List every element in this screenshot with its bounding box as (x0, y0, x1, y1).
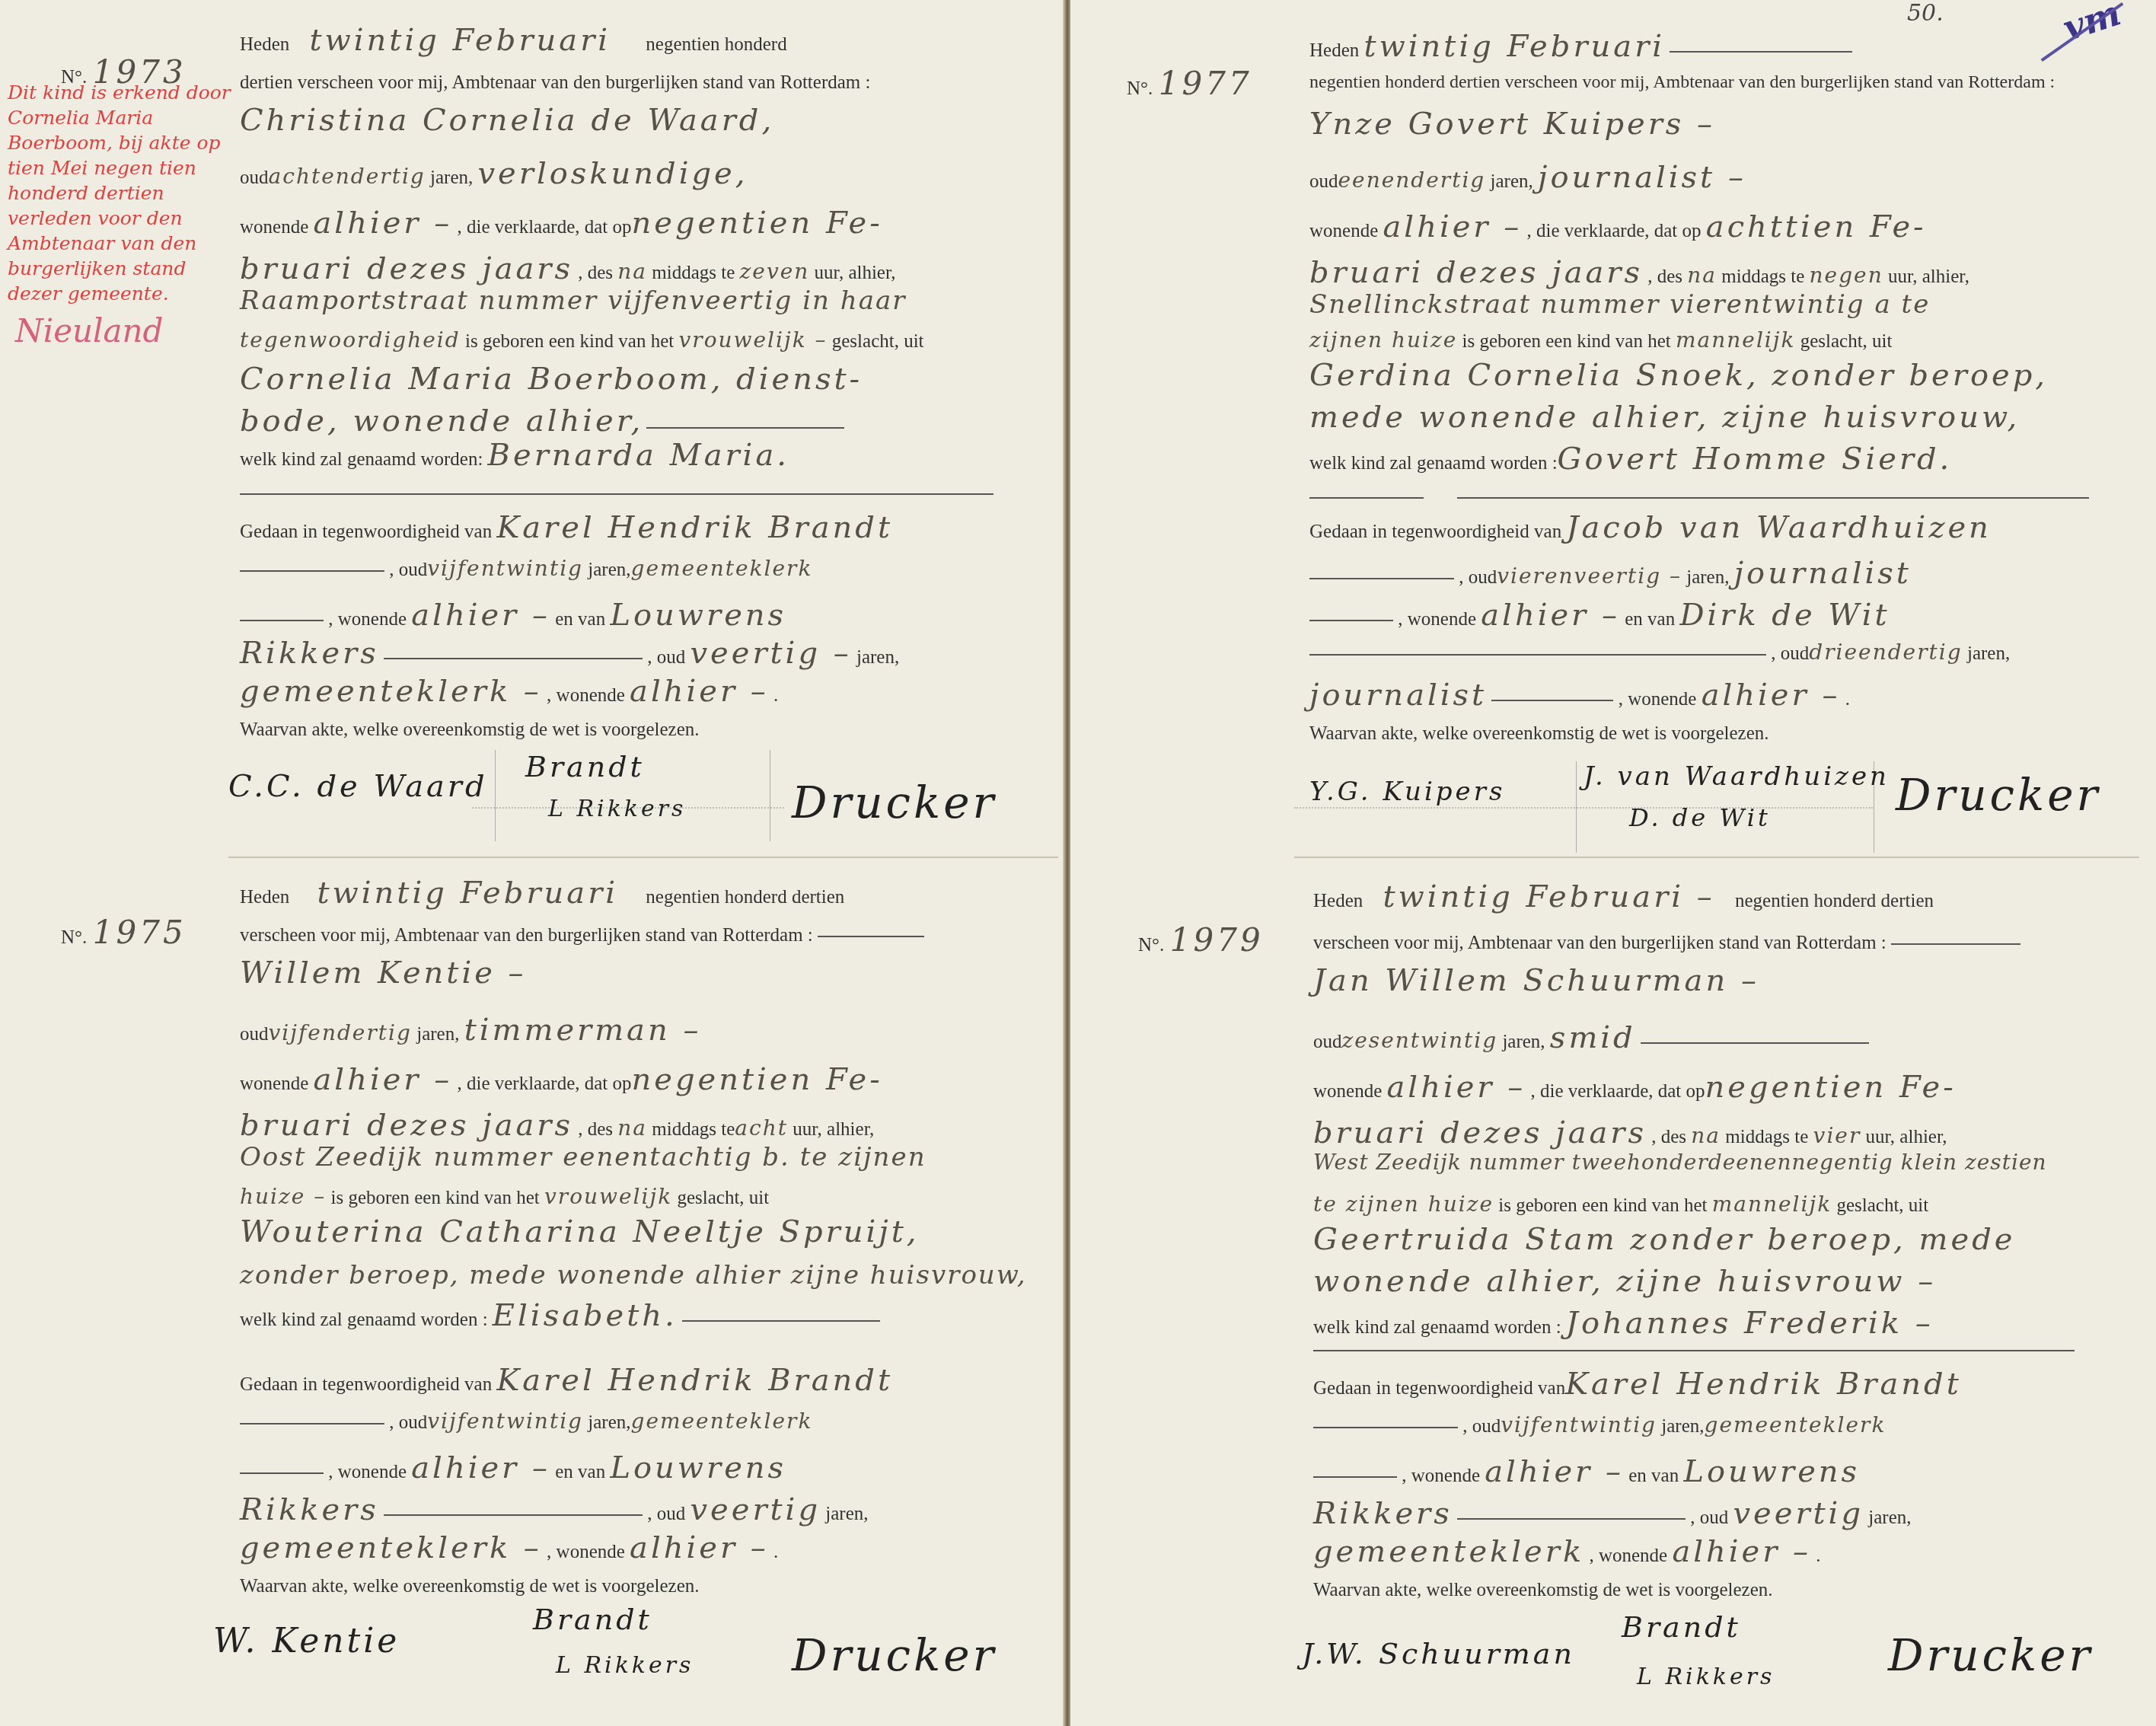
witness-2-name: Louwrens (610, 1450, 786, 1485)
mother-name: Wouterina Catharina Neeltje Spruijt, (240, 1214, 919, 1249)
record-number: N°. 1977 (1127, 65, 1252, 102)
declarant-name: Ynze Govert Kuipers – (1309, 107, 1715, 142)
signature-official: Drucker (792, 777, 997, 828)
signature-official: Drucker (1888, 1629, 2093, 1681)
record-separator (228, 857, 1058, 858)
child-name: Bernarda Maria. (488, 438, 789, 473)
record-number: N°. 1975 (61, 914, 187, 951)
declarant-occupation: timmerman – (464, 1013, 702, 1048)
birth-address: Oost Zeedijk nummer eenentachtig b. te z… (240, 1142, 927, 1172)
mother-name: Gerdina Cornelia Snoek, zonder beroep, (1309, 358, 2048, 393)
signature-witness-2: L Rikkers (548, 796, 687, 822)
birth-record-1973: N°. 1973 Heden twintig Februari negentie… (0, 0, 1063, 853)
birth-address: West Zeedijk nummer tweehonderdeenennege… (1313, 1150, 2047, 1175)
declarant-occupation: journalist – (1538, 160, 1746, 195)
declarant-name: Christina Cornelia de Waard, (240, 103, 774, 138)
signature-official: Drucker (792, 1629, 997, 1681)
child-name: Johannes Frederik – (1566, 1306, 1934, 1341)
printed-line: dertien verscheen voor mij, Ambtenaar va… (240, 72, 870, 94)
signature-official: Drucker (1896, 769, 2100, 821)
witness-2-name: Louwrens (1683, 1454, 1860, 1489)
signature-declarant: J.W. Schuurman (1302, 1637, 1575, 1670)
witness-1-name: Jacob van Waardhuizen (1566, 510, 1992, 545)
birth-record-1977: N°. 1977 Heden twintig Februari negentie… (1073, 0, 2156, 853)
record-separator (1294, 857, 2139, 858)
declarant-name: Willem Kentie – (240, 956, 527, 991)
witness-2-name: Louwrens (610, 598, 786, 633)
signature-witness-1: J. van Waardhuizen (1584, 761, 1890, 792)
signature-declarant: W. Kentie (213, 1622, 400, 1661)
record-number: N°. 1979 (1138, 921, 1264, 959)
signature-witness-1: Brandt (1622, 1610, 1741, 1644)
signature-declarant: Y.G. Kuipers (1309, 777, 1505, 807)
witness-2-name: Dirk de Wit (1679, 598, 1890, 633)
mother-name: Geertruida Stam zonder beroep, mede (1313, 1222, 2015, 1257)
witness-1-name: Karel Hendrik Brandt (496, 1363, 893, 1398)
mother-name: Cornelia Maria Boerboom, dienst- (240, 362, 863, 397)
child-name: Govert Homme Sierd. (1558, 442, 1953, 477)
birth-record-1979: N°. 1979 Heden twintig Februari – negent… (1073, 860, 2156, 1726)
witness-1-name: Karel Hendrik Brandt (496, 510, 893, 545)
birth-address: Snellinckstraat nummer vierentwintig a t… (1309, 289, 1930, 320)
signature-witness-1: Brandt (525, 750, 645, 783)
signature-witness-2: L Rikkers (1637, 1664, 1775, 1690)
signature-witness-1: Brandt (533, 1603, 652, 1636)
declarant-occupation: smid (1550, 1020, 1636, 1055)
birth-address: Raamportstraat nummer vijfenveertig in h… (240, 286, 906, 316)
declarant-occupation: verloskundige, (478, 156, 748, 191)
declarant-name: Jan Willem Schuurman – (1313, 963, 1759, 998)
signature-witness-2: D. de Wit (1629, 803, 1771, 832)
signature-declarant: C.C. de Waard (228, 769, 488, 804)
record-number: N°. 1973 (61, 53, 187, 91)
birth-record-1975: N°. 1975 Heden twintig Februari negentie… (0, 860, 1063, 1726)
signature-witness-2: L Rikkers (556, 1652, 694, 1679)
child-name: Elisabeth. (493, 1298, 678, 1333)
witness-1-name: Karel Hendrik Brandt (1565, 1367, 1962, 1402)
